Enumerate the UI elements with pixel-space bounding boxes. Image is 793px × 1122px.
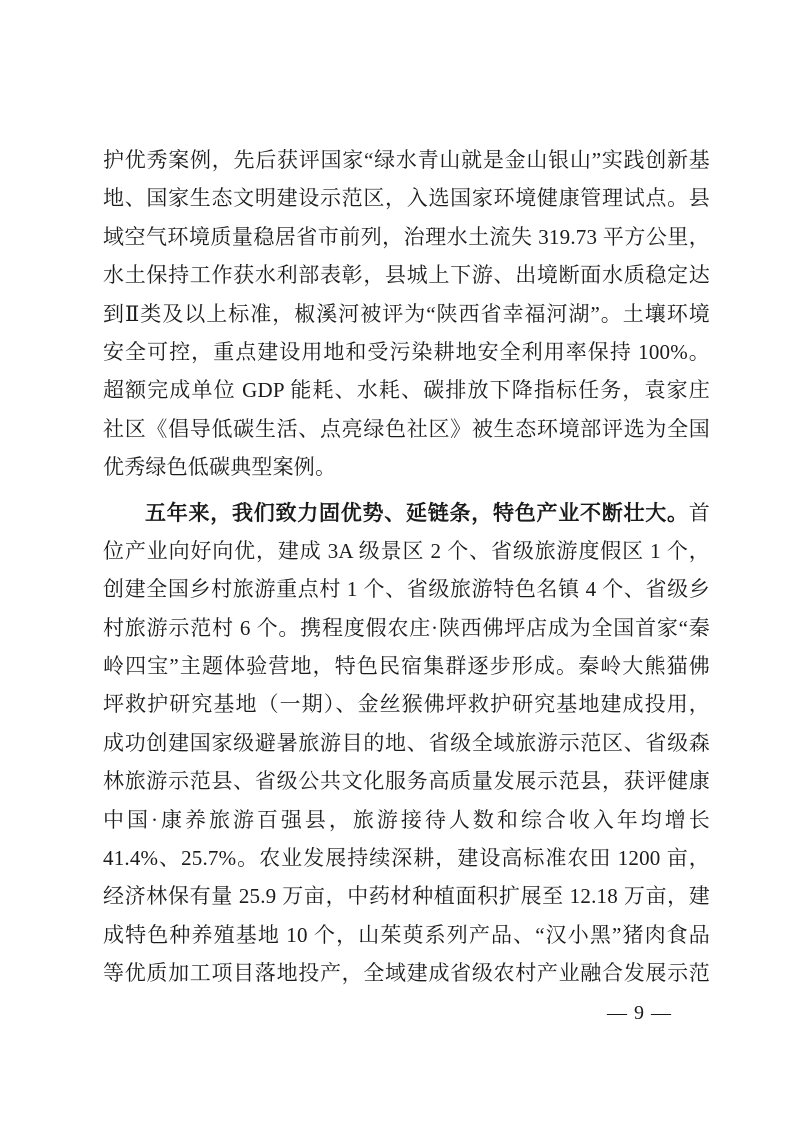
text-line: 中国·康养旅游百强县，旅游接待人数和综合收入年均增长 — [103, 801, 710, 839]
paragraph-special-industry: 五年来，我们致力固优势、延链条，特色产业不断壮大。首 位产业向好向优，建成 3A… — [103, 494, 710, 993]
text-line: 域空气环境质量稳居省市前列，治理水土流失 319.73 平方公里， — [103, 218, 710, 256]
page-number: — 9 — — [607, 1000, 672, 1026]
text-body: 护优秀案例，先后获评国家“绿水青山就是金山银山”实践创新基 地、国家生态文明建设… — [103, 141, 710, 993]
text-line: 岭四宝”主题体验营地，特色民宿集群逐步形成。秦岭大熊猫佛 — [103, 647, 710, 685]
text-line: 位产业向好向优，建成 3A 级景区 2 个、省级旅游度假区 1 个， — [103, 532, 710, 570]
text-line-lead: 五年来，我们致力固优势、延链条，特色产业不断壮大。首 — [103, 494, 710, 532]
text-line: 创建全国乡村旅游重点村 1 个、省级旅游特色名镇 4 个、省级乡 — [103, 570, 710, 608]
text-line: 成特色种养殖基地 10 个，山茱萸系列产品、“汉小黑”猪肉食品 — [103, 916, 710, 954]
text-line: 等优质加工项目落地投产，全域建成省级农村产业融合发展示范 — [103, 954, 710, 992]
text-line: 优秀绿色低碳典型案例。 — [103, 448, 710, 486]
document-page: 护优秀案例，先后获评国家“绿水青山就是金山银山”实践创新基 地、国家生态文明建设… — [0, 0, 793, 1122]
paragraph-ecology-continuation: 护优秀案例，先后获评国家“绿水青山就是金山银山”实践创新基 地、国家生态文明建设… — [103, 141, 710, 487]
text-line: 到Ⅱ类及以上标准，椒溪河被评为“陕西省幸福河湖”。土壤环境 — [103, 295, 710, 333]
text-line: 安全可控，重点建设用地和受污染耕地安全利用率保持 100%。 — [103, 333, 710, 371]
text-line: 坪救护研究基地（一期）、金丝猴佛坪救护研究基地建成投用， — [103, 685, 710, 723]
paragraph-lead-rest: 首 — [689, 501, 710, 525]
text-line: 超额完成单位 GDP 能耗、水耗、碳排放下降指标任务，袁家庄 — [103, 371, 710, 409]
text-line: 成功创建国家级避暑旅游目的地、省级全域旅游示范区、省级森 — [103, 724, 710, 762]
text-line: 社区《倡导低碳生活、点亮绿色社区》被生态环境部评选为全国 — [103, 410, 710, 448]
text-line: 地、国家生态文明建设示范区，入选国家环境健康管理试点。县 — [103, 179, 710, 217]
text-line: 水土保持工作获水利部表彰，县城上下游、出境断面水质稳定达 — [103, 256, 710, 294]
text-line: 林旅游示范县、省级公共文化服务高质量发展示范县，获评健康 — [103, 762, 710, 800]
text-line: 41.4%、25.7%。农业发展持续深耕，建设高标准农田 1200 亩， — [103, 839, 710, 877]
paragraph-bold-lead: 五年来，我们致力固优势、延链条，特色产业不断壮大。 — [145, 502, 689, 525]
text-line: 护优秀案例，先后获评国家“绿水青山就是金山银山”实践创新基 — [103, 141, 710, 179]
text-line: 村旅游示范村 6 个。携程度假农庄·陕西佛坪店成为全国首家“秦 — [103, 609, 710, 647]
text-line: 经济林保有量 25.9 万亩，中药材种植面积扩展至 12.18 万亩，建 — [103, 877, 710, 915]
